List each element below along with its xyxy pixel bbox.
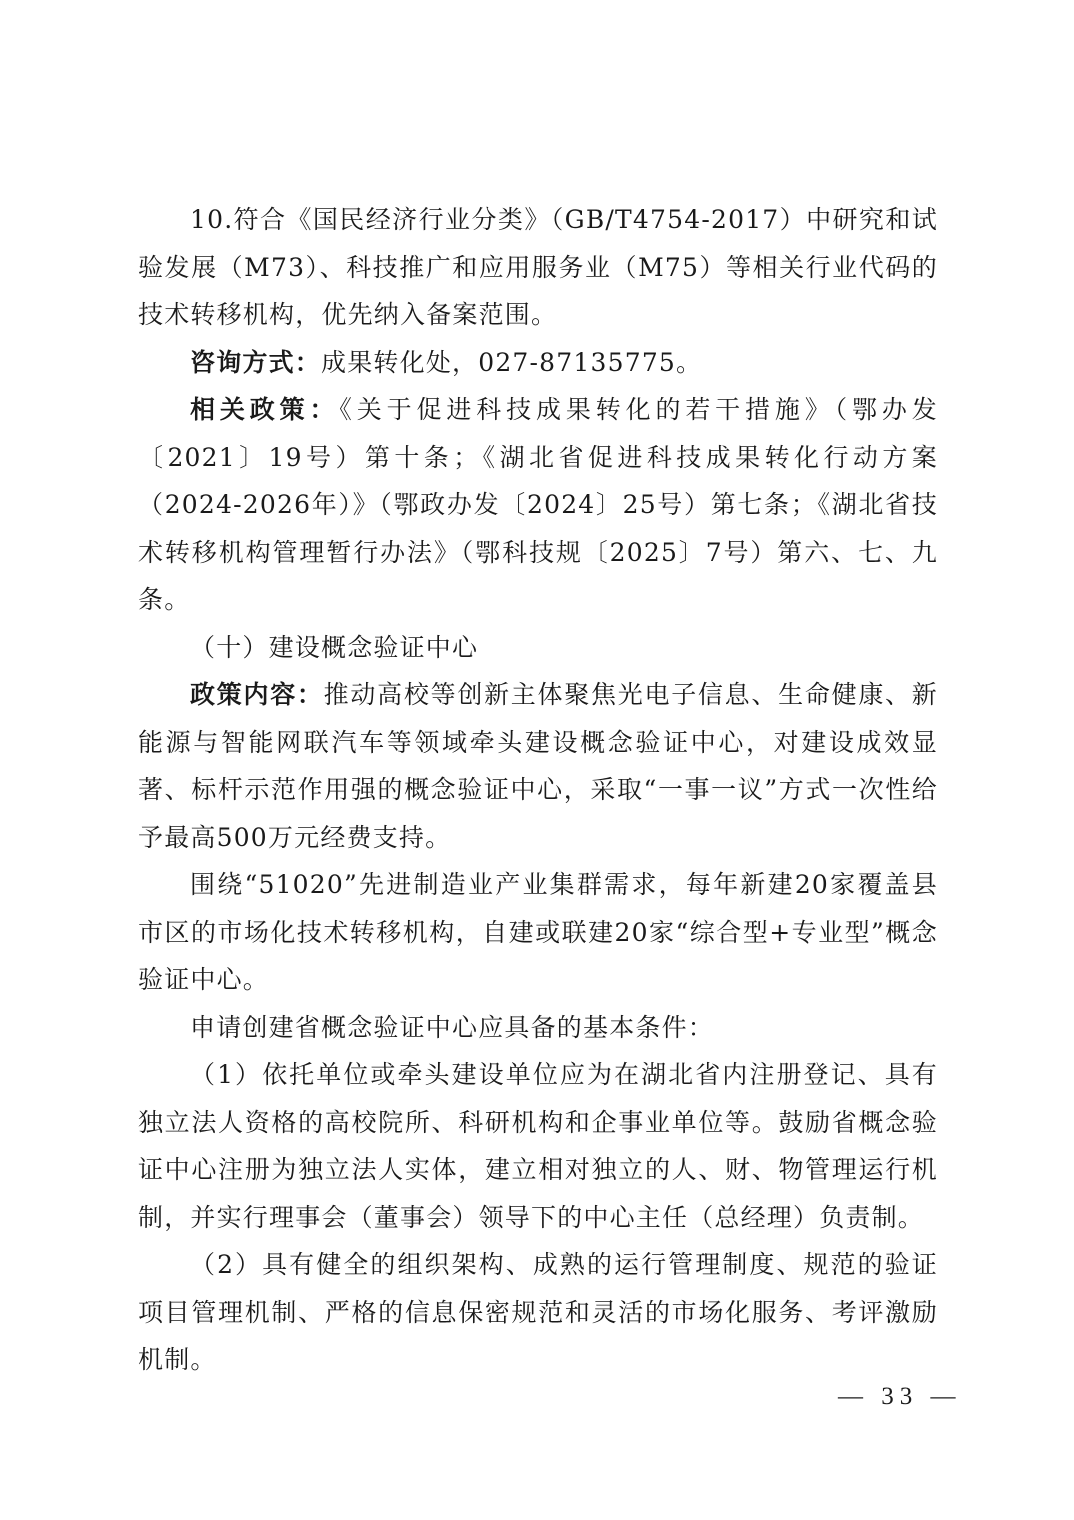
paragraph-text: 围绕“51020”先进制造业产业集群需求，每年新建20家覆盖县市区的市场化技术转… [138,870,938,994]
paragraph-item-10: 10.符合《国民经济行业分类》（GB/T4754-2017）中研究和试验发展（M… [138,196,938,339]
paragraph-text: （2）具有健全的组织架构、成熟的运行管理制度、规范的验证项目管理机制、严格的信息… [138,1250,938,1374]
section-heading-text: （十）建设概念验证中心 [190,633,478,662]
related-policy-label: 相关政策： [190,395,339,424]
document-body: 10.符合《国民经济行业分类》（GB/T4754-2017）中研究和试验发展（M… [138,196,938,1384]
paragraph-policy-content: 政策内容：推动高校等创新主体聚焦光电子信息、生命健康、新能源与智能网联汽车等领域… [138,671,938,861]
paragraph-text: 申请创建省概念验证中心应具备的基本条件： [190,1013,714,1042]
paragraph-condition-2: （2）具有健全的组织架构、成熟的运行管理制度、规范的验证项目管理机制、严格的信息… [138,1241,938,1384]
related-policy-text: 《关于促进科技成果转化的若干措施》（鄂办发〔2021〕19号）第十条；《湖北省促… [138,395,938,614]
paragraph-text: （1）依托单位或牵头建设单位应为在湖北省内注册登记、具有独立法人资格的高校院所、… [138,1060,938,1232]
paragraph-text: 10.符合《国民经济行业分类》（GB/T4754-2017）中研究和试验发展（M… [138,205,938,329]
policy-content-label: 政策内容： [190,680,324,709]
paragraph-51020: 围绕“51020”先进制造业产业集群需求，每年新建20家覆盖县市区的市场化技术转… [138,861,938,1004]
consultation-text: 成果转化处，027-87135775。 [321,348,702,377]
section-heading: （十）建设概念验证中心 [138,624,938,672]
paragraph-consultation: 咨询方式：成果转化处，027-87135775。 [138,339,938,387]
paragraph-condition-1: （1）依托单位或牵头建设单位应为在湖北省内注册登记、具有独立法人资格的高校院所、… [138,1051,938,1241]
page-number: — 33 — [838,1383,962,1411]
paragraph-related-policy: 相关政策：《关于促进科技成果转化的若干措施》（鄂办发〔2021〕19号）第十条；… [138,386,938,624]
consultation-label: 咨询方式： [190,348,321,377]
paragraph-conditions-intro: 申请创建省概念验证中心应具备的基本条件： [138,1004,938,1052]
